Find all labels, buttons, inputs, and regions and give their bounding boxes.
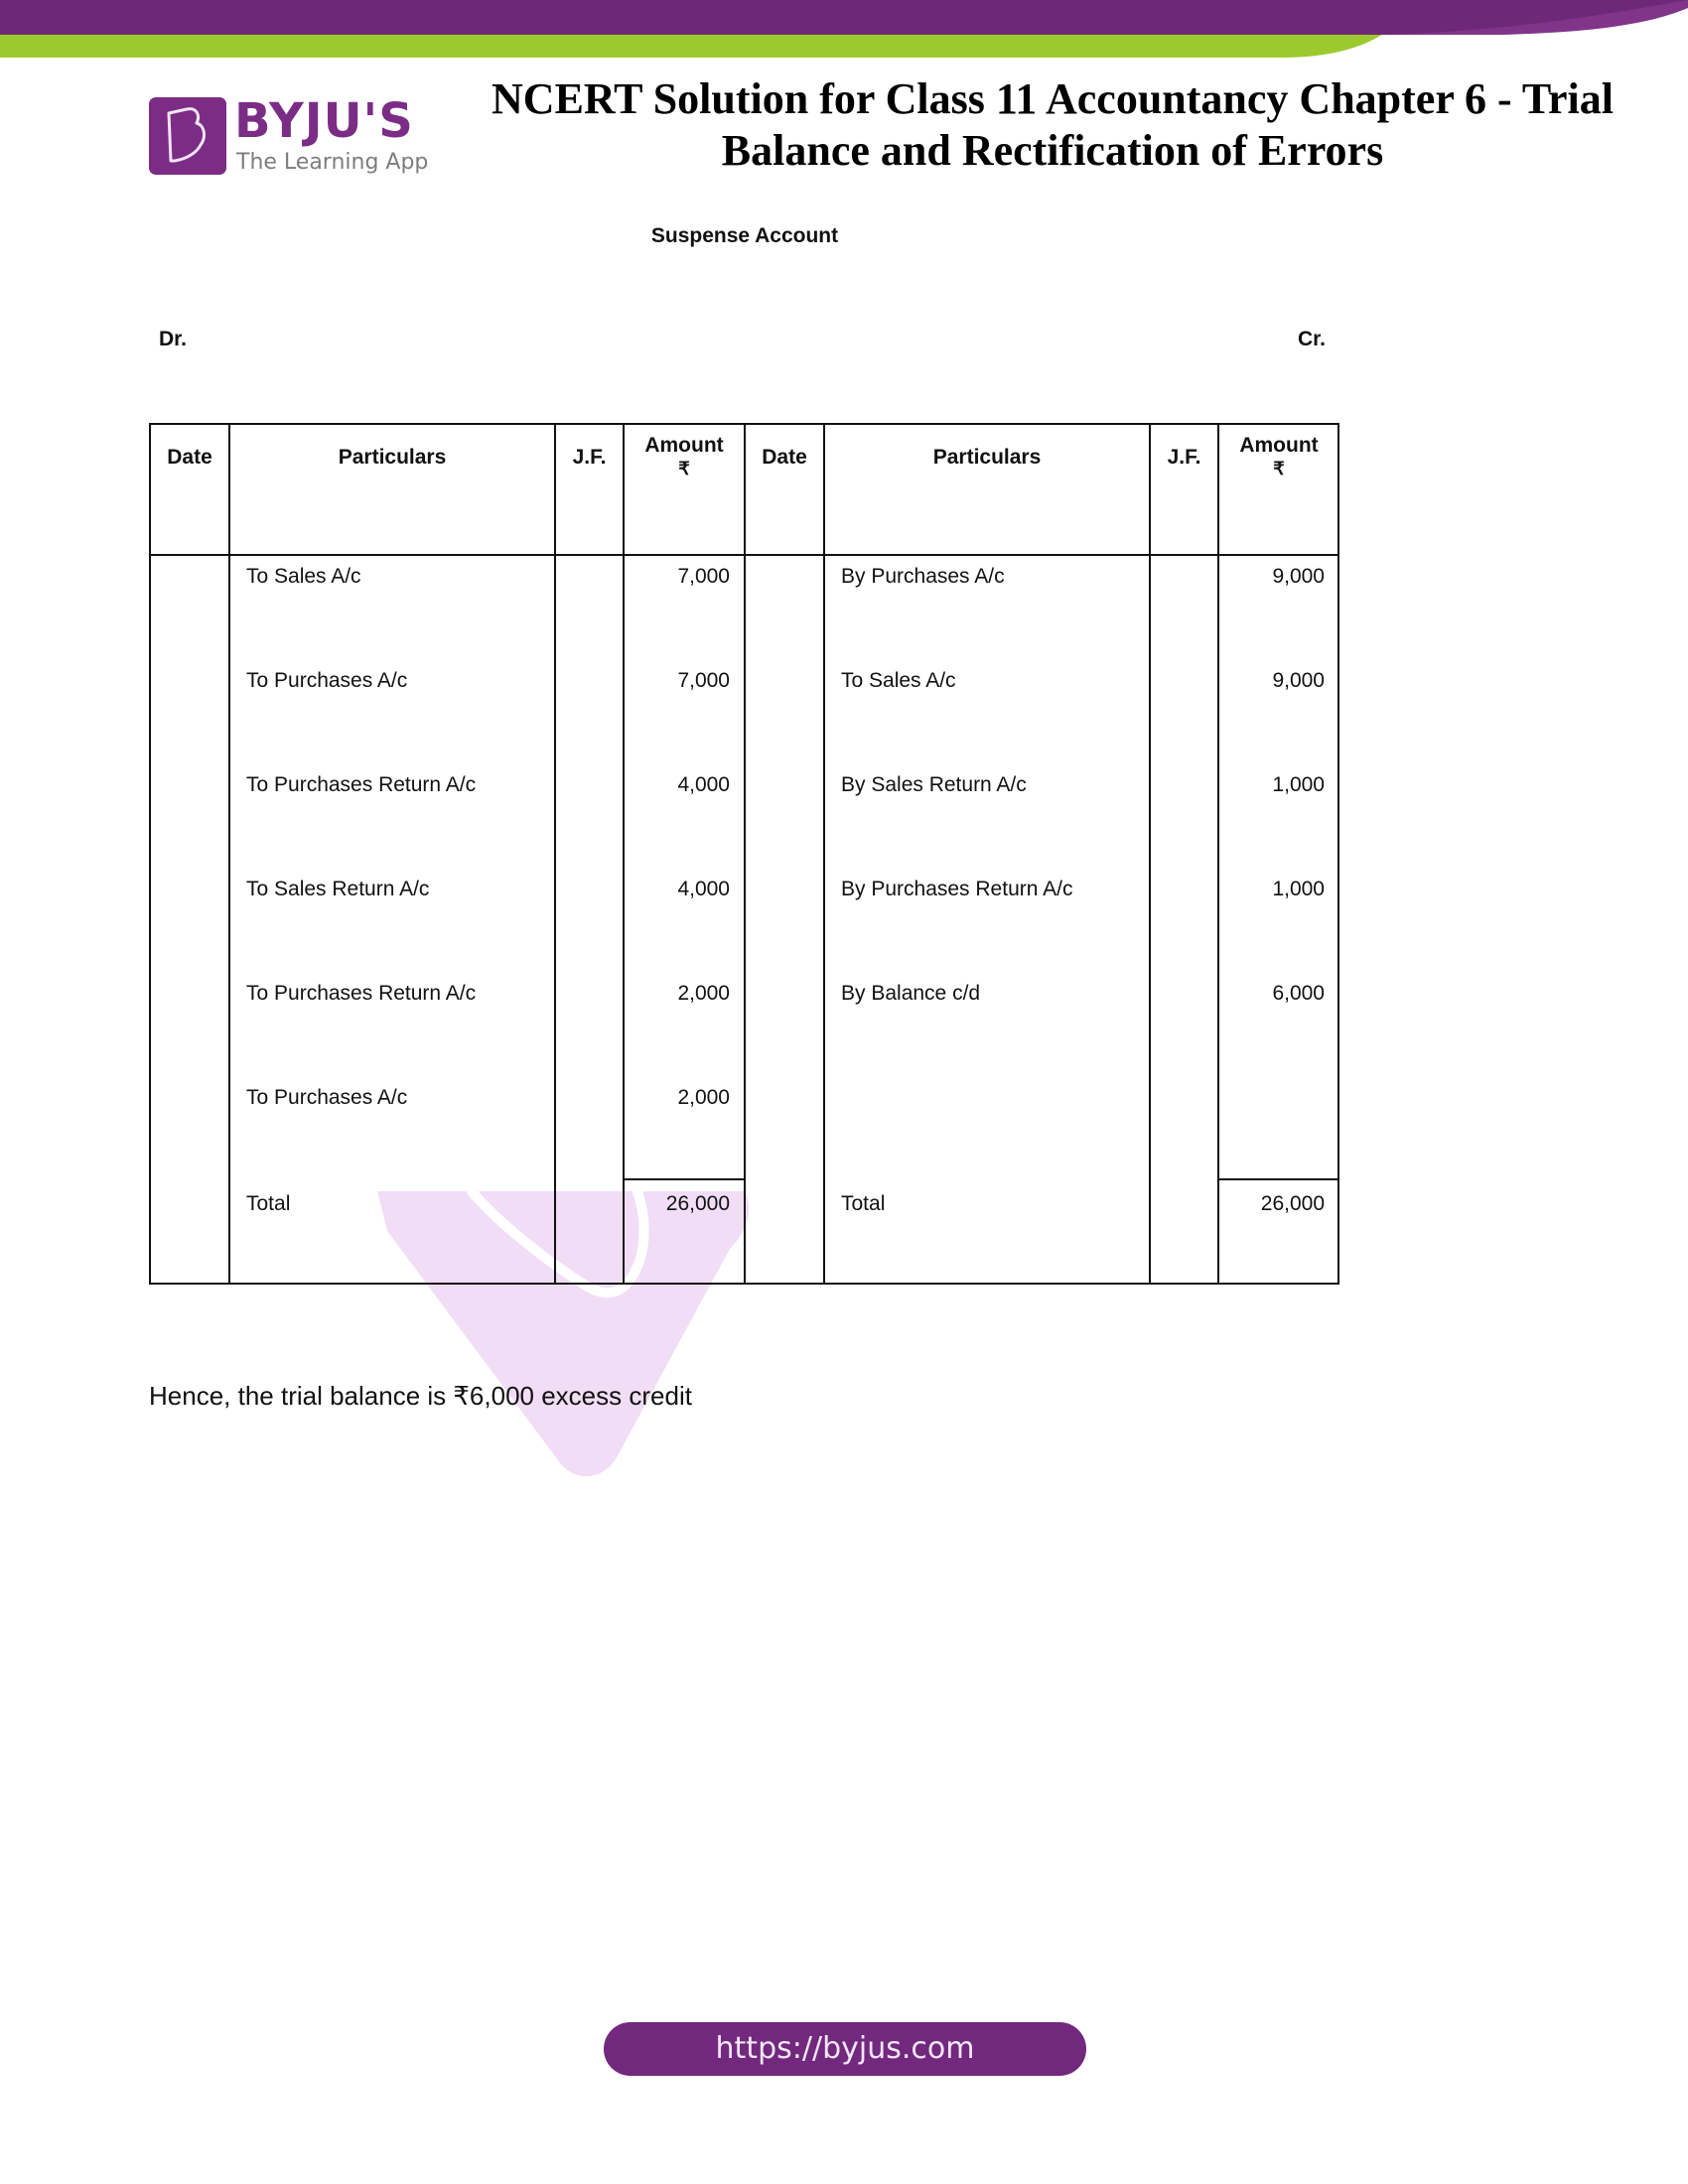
header-date-credit: Date [746,445,823,471]
logo-brand-name: BYJU'S [234,93,414,149]
header-particulars-debit: Particulars [230,445,554,471]
rupee-icon: ₹ [625,459,744,478]
row-amount: 2,000 [625,981,730,1007]
row-amount: 7,000 [625,564,730,590]
debit-total-amount: 26,000 [625,1191,730,1217]
row-particulars: To Sales A/c [841,668,956,694]
header-jf-credit: J.F. [1151,445,1217,471]
header-banner [0,0,1688,69]
row-amount: 4,000 [625,772,730,798]
row-particulars: To Sales A/c [246,564,361,590]
logo-b-icon [149,97,226,175]
header-divider [151,554,1337,556]
row-particulars: To Purchases A/c [246,668,407,694]
row-amount: 4,000 [625,877,730,902]
row-particulars: By Balance c/d [841,981,980,1007]
row-amount: 7,000 [625,668,730,694]
header-date-debit: Date [151,445,228,471]
header-particulars-credit: Particulars [825,445,1149,471]
row-particulars: By Purchases A/c [841,564,1005,590]
suspense-account-table: Date Particulars J.F. Amount ₹ Date Part… [149,423,1339,1285]
rupee-icon: ₹ [1219,459,1338,478]
row-particulars: By Sales Return A/c [841,772,1027,798]
row-amount: 9,000 [1219,564,1325,590]
header-jf-debit: J.F. [556,445,623,471]
row-particulars: To Purchases A/c [246,1085,407,1111]
row-particulars: To Sales Return A/c [246,877,429,902]
row-amount: 2,000 [625,1085,730,1111]
credit-total-rule [1217,1178,1339,1180]
footer-url-link[interactable]: https://byjus.com [604,2022,1086,2076]
header-amount-label: Amount [625,433,744,459]
header-amount-credit: Amount ₹ [1219,433,1338,478]
credit-total-label: Total [841,1191,885,1217]
page-title: NCERT Solution for Class 11 Accountancy … [467,73,1638,177]
row-amount: 9,000 [1219,668,1325,694]
row-amount: 1,000 [1219,772,1325,798]
row-particulars: To Purchases Return A/c [246,981,476,1007]
row-particulars: To Purchases Return A/c [246,772,476,798]
header-amount-label: Amount [1219,433,1338,459]
row-amount: 1,000 [1219,877,1325,902]
credit-label: Cr. [1298,328,1326,351]
credit-total-amount: 26,000 [1219,1191,1325,1217]
row-particulars: By Purchases Return A/c [841,877,1072,902]
debit-total-label: Total [246,1191,290,1217]
byjus-logo[interactable]: BYJU'S The Learning App [149,97,437,179]
header-amount-debit: Amount ₹ [625,433,744,478]
title-line-1: NCERT Solution for Class 11 Accountancy … [467,73,1638,125]
account-title: Suspense Account [556,224,933,248]
debit-total-rule [623,1178,746,1180]
row-amount: 6,000 [1219,981,1325,1007]
logo-tagline: The Learning App [236,149,428,177]
debit-label: Dr. [159,328,187,351]
conclusion-text: Hence, the trial balance is ₹6,000 exces… [149,1380,692,1412]
title-line-2: Balance and Rectification of Errors [467,125,1638,177]
